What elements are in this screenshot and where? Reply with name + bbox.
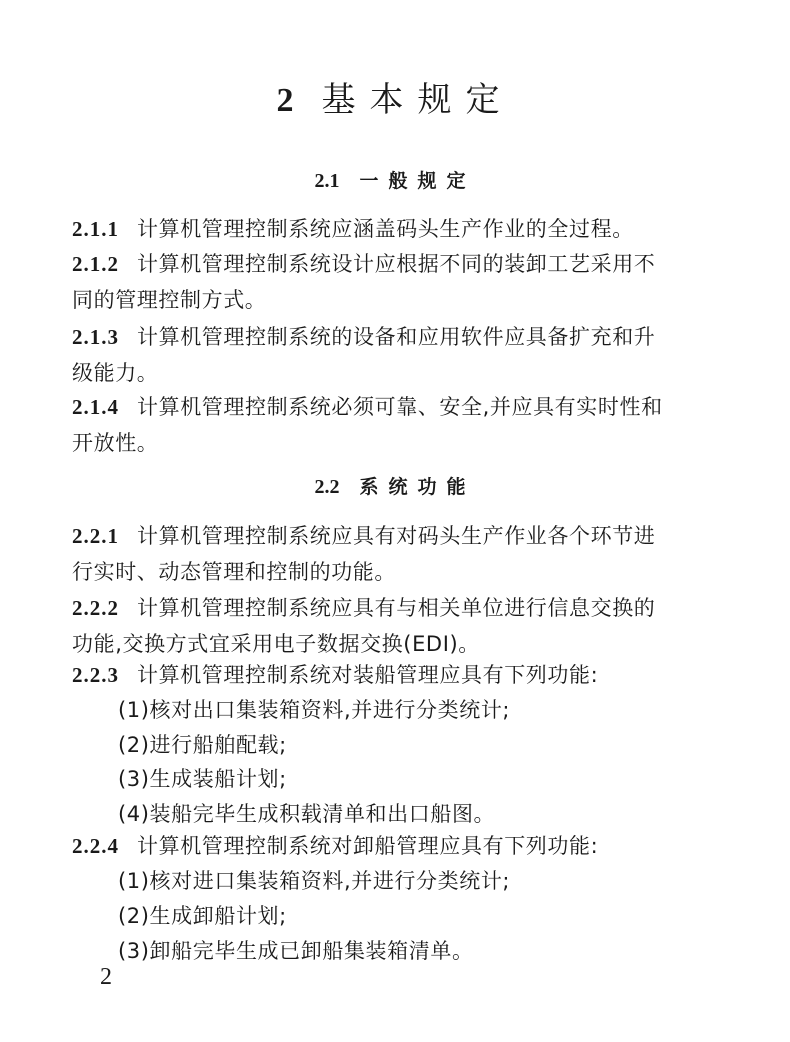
clause-2-2-4: 2.2.4计算机管理控制系统对卸船管理应具有下列功能: — [72, 827, 727, 865]
clause-number: 2.2.2 — [72, 596, 119, 620]
clause-number: 2.1.1 — [72, 217, 119, 241]
chapter-title-text: 基本规定 — [322, 80, 514, 120]
clause-text: 功能,交换方式宜采用电子数据交换(EDI)。 — [72, 632, 480, 656]
list-item: (2)进行船舶配载; — [118, 726, 773, 764]
list-item: (3)卸船完毕生成已卸船集装箱清单。 — [118, 932, 773, 970]
clause-text: 计算机管理控制系统对装船管理应具有下列功能: — [137, 663, 598, 687]
chapter-number: 2 — [277, 82, 296, 119]
clause-text: 计算机管理控制系统必须可靠、安全,并应具有实时性和 — [137, 395, 663, 419]
clause-text: 级能力。 — [72, 361, 158, 385]
clause-text: 计算机管理控制系统的设备和应用软件应具备扩充和升 — [137, 325, 655, 349]
clause-2-1-3-cont: 级能力。 — [72, 354, 727, 392]
clause-2-1-3: 2.1.3计算机管理控制系统的设备和应用软件应具备扩充和升 — [72, 318, 727, 356]
clause-number: 2.1.4 — [72, 395, 119, 419]
clause-2-2-2: 2.2.2计算机管理控制系统应具有与相关单位进行信息交换的 — [72, 589, 727, 627]
section-number: 2.1 — [314, 170, 339, 192]
clause-text: 行实时、动态管理和控制的功能。 — [72, 560, 396, 584]
clause-2-2-3: 2.2.3计算机管理控制系统对装船管理应具有下列功能: — [72, 656, 727, 694]
clause-text: 计算机管理控制系统应涵盖码头生产作业的全过程。 — [137, 217, 634, 241]
section-title-text: 系统功能 — [359, 476, 475, 498]
section-number: 2.2 — [314, 476, 339, 498]
clause-text: 计算机管理控制系统对卸船管理应具有下列功能: — [137, 834, 598, 858]
section-title-text: 一般规定 — [359, 170, 475, 192]
clause-2-1-1: 2.1.1计算机管理控制系统应涵盖码头生产作业的全过程。 — [72, 210, 727, 248]
clause-text: 计算机管理控制系统应具有与相关单位进行信息交换的 — [137, 596, 655, 620]
section-title-2-1: 2.1一般规定 — [0, 166, 790, 193]
clause-2-1-4: 2.1.4计算机管理控制系统必须可靠、安全,并应具有实时性和 — [72, 388, 727, 426]
clause-text: 计算机管理控制系统设计应根据不同的装卸工艺采用不 — [137, 252, 655, 276]
list-item: (1)核对进口集装箱资料,并进行分类统计; — [118, 862, 773, 900]
clause-number: 2.2.4 — [72, 834, 119, 858]
clause-2-1-4-cont: 开放性。 — [72, 424, 727, 462]
clause-2-1-2: 2.1.2计算机管理控制系统设计应根据不同的装卸工艺采用不 — [72, 245, 727, 283]
clause-2-2-1: 2.2.1计算机管理控制系统应具有对码头生产作业各个环节进 — [72, 517, 727, 555]
clause-number: 2.1.2 — [72, 252, 119, 276]
section-title-2-2: 2.2系统功能 — [0, 472, 790, 499]
clause-number: 2.1.3 — [72, 325, 119, 349]
list-item: (3)生成装船计划; — [118, 760, 773, 798]
clause-text: 计算机管理控制系统应具有对码头生产作业各个环节进 — [137, 524, 655, 548]
clause-text: 同的管理控制方式。 — [72, 288, 266, 312]
document-page: 2基本规定 2.1一般规定 2.1.1计算机管理控制系统应涵盖码头生产作业的全过… — [0, 0, 790, 1042]
clause-number: 2.2.1 — [72, 524, 119, 548]
list-item: (2)生成卸船计划; — [118, 897, 773, 935]
clause-2-1-2-cont: 同的管理控制方式。 — [72, 281, 727, 319]
chapter-title: 2基本规定 — [0, 72, 790, 121]
clause-2-2-1-cont: 行实时、动态管理和控制的功能。 — [72, 553, 727, 591]
clause-text: 开放性。 — [72, 431, 158, 455]
clause-number: 2.2.3 — [72, 663, 119, 687]
page-number: 2 — [100, 964, 112, 991]
list-item: (1)核对出口集装箱资料,并进行分类统计; — [118, 691, 773, 729]
